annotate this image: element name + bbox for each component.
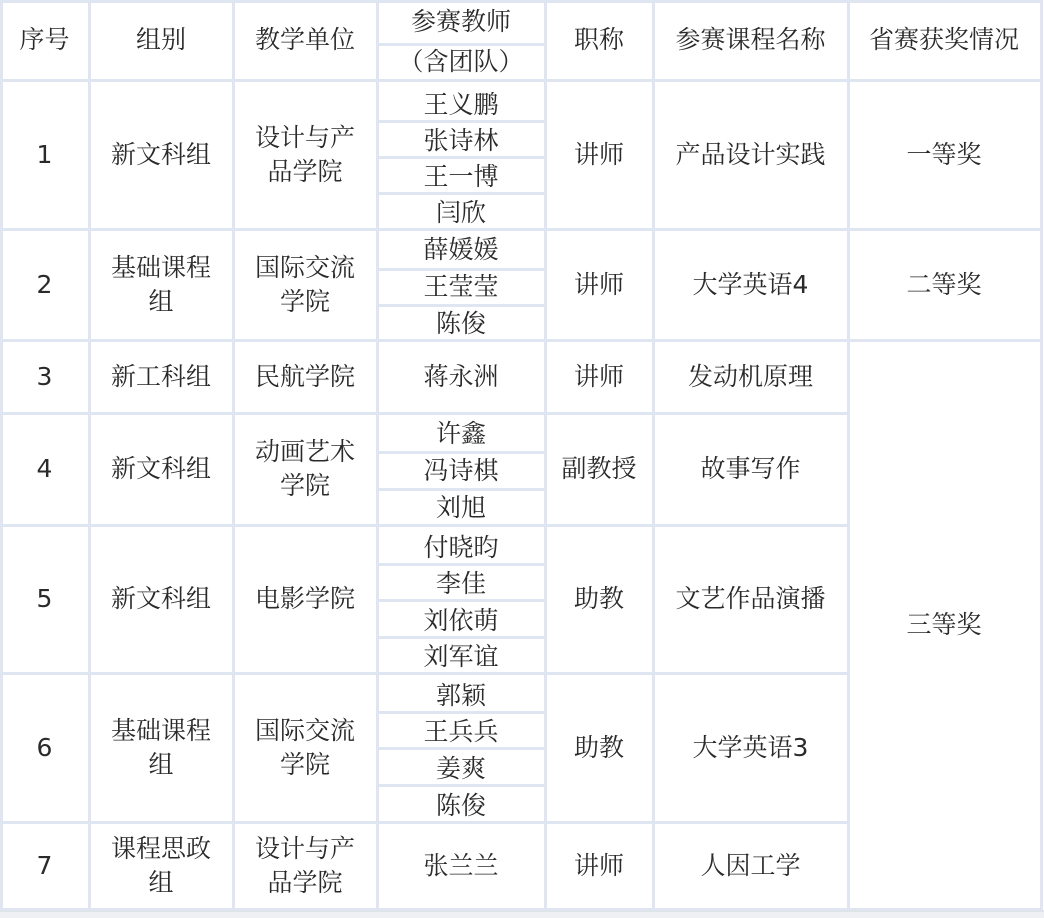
row-5-unit: 电影学院	[233, 525, 377, 673]
row-1-title: 讲师	[545, 80, 653, 229]
row-6-index: 6	[0, 673, 89, 822]
header-title: 职称	[545, 0, 653, 80]
row-5-course: 文艺作品演播	[653, 525, 848, 673]
row-3-teacher-1: 蒋永洲	[377, 340, 545, 413]
grid-hline	[0, 339, 1043, 342]
grid-vline	[847, 0, 850, 910]
grid-vline	[88, 0, 91, 910]
grid-subline	[377, 192, 545, 195]
grid-vline	[376, 0, 379, 910]
row-3-group: 新工科组	[89, 340, 233, 413]
row-4-title: 副教授	[545, 413, 653, 525]
header-index: 序号	[0, 0, 89, 80]
row-2-index: 2	[0, 229, 89, 340]
row-6-course: 大学英语3	[653, 673, 848, 822]
row-2-unit-text: 国际交流学院	[250, 251, 360, 319]
grid-subline	[377, 563, 545, 566]
grid-vline	[1040, 0, 1043, 910]
row-2-course: 大学英语4	[653, 229, 848, 340]
grid-hline	[0, 821, 849, 824]
row-1-index: 1	[0, 80, 89, 229]
row-4-index: 4	[0, 413, 89, 525]
row-6-group-text: 基础课程组	[106, 714, 216, 782]
row-1-teacher-4: 闫欣	[377, 193, 545, 229]
grid-subline	[377, 747, 545, 750]
row-6-teacher-2: 王兵兵	[377, 712, 545, 748]
grid-vline	[0, 0, 3, 910]
header-award: 省赛获奖情况	[848, 0, 1040, 80]
grid-subline	[377, 304, 545, 307]
row-5-teacher-3: 刘依萌	[377, 600, 545, 637]
grid-subline	[377, 451, 545, 454]
row-6-title: 助教	[545, 673, 653, 822]
grid-hline	[0, 228, 1043, 231]
row-4-teacher-1: 许鑫	[377, 413, 545, 450]
grid-hline	[0, 412, 849, 415]
grid-subline	[377, 156, 545, 159]
row-6-teacher-1: 郭颖	[377, 675, 545, 712]
row-3-course: 发动机原理	[653, 340, 848, 413]
grid-subline	[377, 636, 545, 639]
row-1-course: 产品设计实践	[653, 80, 848, 229]
row-5-teacher-4: 刘军谊	[377, 637, 545, 673]
row-5-teacher-2: 李佳	[377, 564, 545, 600]
row-2-teacher-3: 陈俊	[377, 303, 545, 340]
grid-hline	[0, 672, 849, 675]
row-1-teacher-3: 王一博	[377, 157, 545, 193]
row-2-teacher-1: 薛媛媛	[377, 229, 545, 266]
row-6-teacher-3: 姜爽	[377, 748, 545, 785]
grid-hline	[0, 79, 1043, 82]
row-5-group: 新文科组	[89, 525, 233, 673]
row-7-title: 讲师	[545, 822, 653, 910]
row-2-title: 讲师	[545, 229, 653, 340]
header-teachers-line1: 参赛教师	[377, 0, 545, 44]
row-1-group: 新文科组	[89, 80, 233, 229]
row-6-group: 基础课程组	[89, 673, 233, 822]
row-2-unit: 国际交流学院	[233, 229, 377, 340]
grid-hline	[0, 0, 1043, 3]
header-unit: 教学单位	[233, 0, 377, 80]
grid-subline	[377, 784, 545, 787]
row-5-teacher-1: 付晓昀	[377, 527, 545, 564]
row-1-teacher-2: 张诗林	[377, 121, 545, 157]
award-third-prize-merged: 三等奖	[848, 340, 1040, 910]
row-4-course: 故事写作	[653, 413, 848, 525]
page-bottom-edge	[0, 910, 1044, 918]
row-6-unit: 国际交流学院	[233, 673, 377, 822]
header-teachers-line2: （含团队）	[377, 44, 545, 80]
row-6-teacher-4: 陈俊	[377, 785, 545, 822]
grid-hline	[0, 524, 849, 527]
row-2-group: 基础课程组	[89, 229, 233, 340]
row-5-index: 5	[0, 525, 89, 673]
awards-table: 序号 组别 教学单位 参赛教师 （含团队） 职称 参赛课程名称 省赛获奖情况 1…	[0, 0, 1044, 912]
row-4-unit-text: 动画艺术学院	[250, 435, 360, 503]
row-1-award: 一等奖	[848, 80, 1040, 229]
grid-vline	[544, 0, 547, 910]
row-7-teacher-1: 张兰兰	[377, 822, 545, 910]
row-1-unit-text: 设计与产品学院	[250, 121, 360, 189]
grid-subline	[377, 488, 545, 491]
grid-vline	[652, 0, 655, 910]
row-7-unit-text: 设计与产品学院	[250, 832, 360, 900]
row-1-unit: 设计与产品学院	[233, 80, 377, 229]
row-5-title: 助教	[545, 525, 653, 673]
row-4-teacher-3: 刘旭	[377, 487, 545, 525]
row-3-index: 3	[0, 340, 89, 413]
row-4-group: 新文科组	[89, 413, 233, 525]
row-6-unit-text: 国际交流学院	[250, 714, 360, 782]
grid-subline	[377, 268, 545, 271]
grid-subline	[377, 120, 545, 123]
header-group: 组别	[89, 0, 233, 80]
row-3-unit: 民航学院	[233, 340, 377, 413]
header-course: 参赛课程名称	[653, 0, 848, 80]
row-7-group: 课程思政组	[89, 822, 233, 910]
row-2-teacher-2: 王莹莹	[377, 266, 545, 303]
row-7-index: 7	[0, 822, 89, 910]
grid-vline	[232, 0, 235, 910]
grid-subline	[377, 711, 545, 714]
row-7-group-text: 课程思政组	[106, 832, 216, 900]
row-3-title: 讲师	[545, 340, 653, 413]
row-4-unit: 动画艺术学院	[233, 413, 377, 525]
grid-subline	[377, 43, 545, 46]
row-2-award: 二等奖	[848, 229, 1040, 340]
row-7-unit: 设计与产品学院	[233, 822, 377, 910]
row-1-teacher-1: 王义鹏	[377, 84, 545, 121]
row-2-group-text: 基础课程组	[106, 251, 216, 319]
row-7-course: 人因工学	[653, 822, 848, 910]
grid-subline	[377, 599, 545, 602]
row-4-teacher-2: 冯诗棋	[377, 450, 545, 487]
